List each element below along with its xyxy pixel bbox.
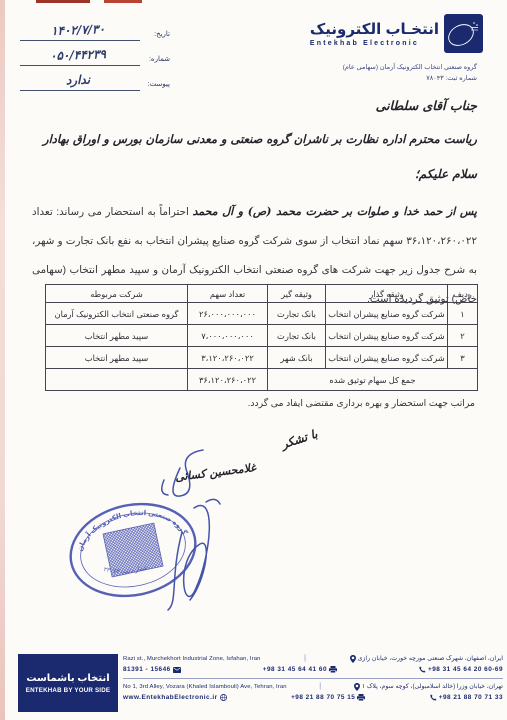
company-logo: انتخـاب الکترونیک Entekhab Electronic [310, 14, 483, 53]
salutation: سلام علیکم؛ [415, 167, 477, 181]
table-cell: شرکت گروه صنایع پیشران انتخاب [326, 325, 448, 347]
regards-text: با تشکر [280, 427, 319, 452]
date-row: تاریخ: ۱۴۰۲/۷/۳۰ [20, 22, 170, 47]
table-cell: سپید مطهر انتخاب [46, 347, 188, 369]
attachment-row: پیوست: ندارد [20, 72, 170, 97]
globe-icon [220, 694, 227, 701]
location-pin-icon [354, 683, 360, 691]
footer-tehran-section: No 1, 3rd Alley, Vozara (Khaled Islambou… [123, 678, 503, 706]
table-cell: ۷،۰۰۰،۰۰۰،۰۰۰ [188, 325, 268, 347]
isfahan-postal-code: 81391 - 15646 [123, 666, 181, 673]
logo-wordmark: انتخـاب الکترونیک Entekhab Electronic [310, 20, 439, 47]
scan-artifact [36, 0, 90, 3]
table-row: ۳شرکت گروه صنایع پیشران انتخاببانک شهر۳،… [46, 347, 478, 369]
table-cell: بانک تجارت [268, 303, 326, 325]
tagline-fa: انتخاب باشماست [26, 673, 109, 684]
table-cell: ۳ [448, 347, 478, 369]
isfahan-address-en: Razi st., Murchekhort Industrial Zone, I… [123, 656, 260, 662]
attachment-label: پیوست: [148, 80, 170, 88]
fax-icon [329, 666, 337, 673]
footer-tagline-box: انتخاب باشماست ENTEKHAB BY YOUR SIDE [18, 654, 118, 712]
attachment-handwritten-value: ندارد [20, 71, 136, 89]
logo-emblem-icon [444, 14, 483, 53]
table-row: ۱شرکت گروه صنایع پیشران انتخاببانک تجارت… [46, 303, 478, 325]
number-line [20, 65, 140, 66]
table-header-cell: وثیقه گذار [326, 285, 448, 303]
tehran-phone: +98 21 88 70 71 33 [430, 694, 503, 701]
total-value: ۳۶،۱۲۰،۲۶۰،۰۲۲ [188, 369, 268, 391]
table-cell: شرکت گروه صنایع پیشران انتخاب [326, 303, 448, 325]
table-cell: سپید مطهر انتخاب [46, 325, 188, 347]
logo-subtitle-block: گروه صنعتی انتخاب الکترونیک آرمان (سهامی… [343, 62, 477, 84]
footer-separator: | [316, 683, 324, 690]
table-cell: بانک شهر [268, 347, 326, 369]
total-label: جمع کل سهام توثیق شده [268, 369, 478, 391]
religious-opening: پس از حمد خدا و صلوات بر حضرت محمد (ص) و… [192, 205, 477, 218]
table-total-row: جمع کل سهام توثیق شده ۳۶،۱۲۰،۲۶۰،۰۲۲ [46, 369, 478, 391]
scan-artifact [104, 0, 142, 3]
isfahan-phone: +98 31 45 64 20 60-69 [419, 666, 503, 673]
attachment-line [20, 90, 140, 91]
logo-name-en: Entekhab Electronic [310, 40, 439, 47]
table-cell: ۲ [448, 325, 478, 347]
recipient-title: ریاست محترم اداره نظارت بر ناشران گروه ص… [43, 132, 477, 146]
footer-contact-info: Razi st., Murchekhort Industrial Zone, I… [123, 651, 503, 706]
table-header-cell: تعداد سهم [188, 285, 268, 303]
fax-icon [357, 694, 365, 701]
recipient-name: جناب آقای سلطانی [376, 98, 477, 113]
table-cell: ۱ [448, 303, 478, 325]
reference-block: تاریخ: ۱۴۰۲/۷/۳۰ شماره: ۰۵۰/۴۴۲۳۹ پیوست:… [20, 22, 170, 97]
tagline-en: ENTEKHAB BY YOUR SIDE [26, 687, 110, 694]
tehran-fax: +98 21 88 70 75 15 [291, 694, 365, 701]
company-subtitle: گروه صنعتی انتخاب الکترونیک آرمان (سهامی… [343, 62, 477, 73]
date-label: تاریخ: [154, 30, 170, 38]
table-header-cell: شرکت مربوطه [46, 285, 188, 303]
pledged-shares-table: ردیفوثیقه گذاروثیقه گیرتعداد سهمشرکت مرب… [45, 284, 478, 391]
isfahan-address-fa: ایران، اصفهان، شهرک صنعتی مورچه خورت، خی… [350, 655, 503, 663]
closing-line: مراتب جهت استحضار و بهره برداری مقتضی ای… [248, 398, 475, 409]
isfahan-fax: +98 31 45 64 41 60 [263, 666, 337, 673]
phone-icon [430, 694, 437, 701]
footer-isfahan-section: Razi st., Murchekhort Industrial Zone, I… [123, 651, 503, 678]
company-stamp: گروه صنعتی انتخاب الکترونیک آرمان شماره … [55, 496, 210, 606]
tehran-address-en: No 1, 3rd Alley, Vozara (Khaled Islambou… [123, 684, 287, 690]
number-row: شماره: ۰۵۰/۴۴۲۳۹ [20, 47, 170, 72]
registration-number: شماره ثبت: ۷۸۰۴۳ [343, 73, 477, 84]
table-header-row: ردیفوثیقه گذاروثیقه گیرتعداد سهمشرکت مرب… [46, 285, 478, 303]
table-header-cell: وثیقه گیر [268, 285, 326, 303]
table-row: ۲شرکت گروه صنایع پیشران انتخاببانک تجارت… [46, 325, 478, 347]
date-line [20, 40, 140, 41]
table-cell: ۲۶،۰۰۰،۰۰۰،۰۰۰ [188, 303, 268, 325]
table-cell: گروه صنعتی انتخاب الکترونیک آرمان [46, 303, 188, 325]
mail-icon [173, 667, 181, 673]
phone-icon [419, 666, 426, 673]
location-pin-icon [350, 655, 356, 663]
logo-name-fa: انتخـاب الکترونیک [310, 20, 439, 38]
table-body: ۱شرکت گروه صنایع پیشران انتخاببانک تجارت… [46, 303, 478, 369]
website-url: www.EntekhabElectronic.ir [123, 694, 227, 701]
table-header-cell: ردیف [448, 285, 478, 303]
number-label: شماره: [149, 55, 170, 63]
table-cell: ۳،۱۲۰،۲۶۰،۰۲۲ [188, 347, 268, 369]
table-cell: شرکت گروه صنایع پیشران انتخاب [326, 347, 448, 369]
total-empty-cell [46, 369, 188, 391]
footer-separator: | [301, 655, 309, 662]
number-handwritten-value: ۰۵۰/۴۴۲۳۹ [20, 46, 136, 64]
table-cell: بانک تجارت [268, 325, 326, 347]
scan-edge-strip [0, 0, 5, 720]
date-handwritten-value: ۱۴۰۲/۷/۳۰ [20, 21, 136, 39]
scanned-letter-page: تاریخ: ۱۴۰۲/۷/۳۰ شماره: ۰۵۰/۴۴۲۳۹ پیوست:… [0, 0, 507, 720]
tehran-address-fa: تهران، خیابان وزرا (خالد اسلامبولی)، کوچ… [354, 683, 503, 691]
